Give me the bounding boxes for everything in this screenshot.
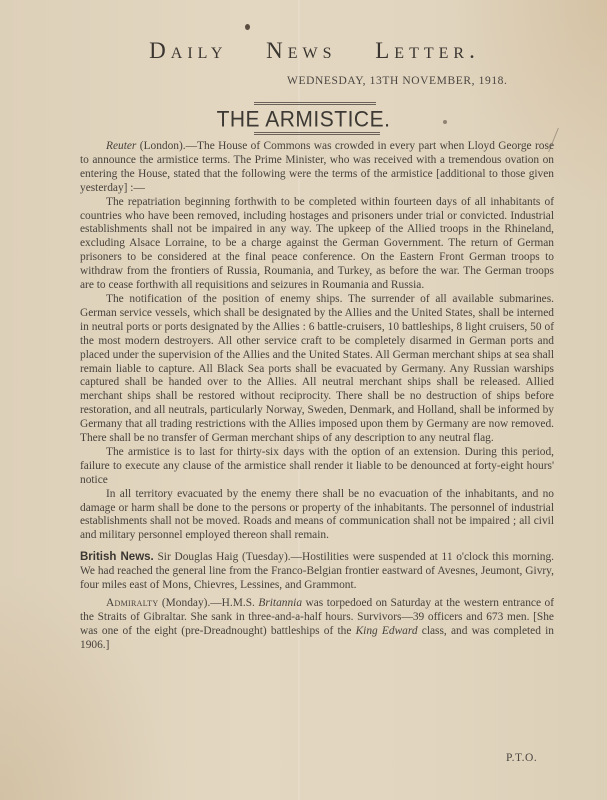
- please-turn-over: P.T.O.: [506, 752, 537, 764]
- paragraph-british-news: British News. Sir Douglas Haig (Tuesday)…: [80, 551, 554, 593]
- headline-rule-top: [254, 102, 376, 105]
- ink-spot: [245, 24, 250, 30]
- article-body: Reuter (London).—The House of Commons wa…: [80, 140, 554, 653]
- paragraph-admiralty: Admiralty (Monday).—H.M.S. Britannia was…: [80, 597, 554, 653]
- headline-rule-bottom: [254, 132, 380, 135]
- dateline: WEDNESDAY, 13TH NOVEMBER, 1918.: [287, 75, 508, 87]
- paragraph-ships: The notification of the position of enem…: [80, 293, 554, 446]
- paragraph-duration: The armistice is to last for thirty-six …: [80, 446, 554, 488]
- section-label-british-news: British News.: [80, 551, 154, 563]
- section-label-admiralty: Admiralty: [106, 597, 158, 609]
- paragraph-repatriation: The repatriation beginning forthwith to …: [80, 196, 554, 293]
- ship-name: Britannia: [258, 597, 302, 609]
- source-name: Reuter: [106, 140, 136, 152]
- masthead: Daily News Letter.: [0, 38, 607, 64]
- paragraph-territory: In all territory evacuated by the enemy …: [80, 488, 554, 544]
- headline: THE ARMISTICE.: [0, 107, 607, 132]
- ship-class: King Edward: [356, 625, 418, 637]
- paragraph-reuter: Reuter (London).—The House of Commons wa…: [80, 140, 554, 196]
- masthead-title: Daily News Letter.: [149, 38, 480, 64]
